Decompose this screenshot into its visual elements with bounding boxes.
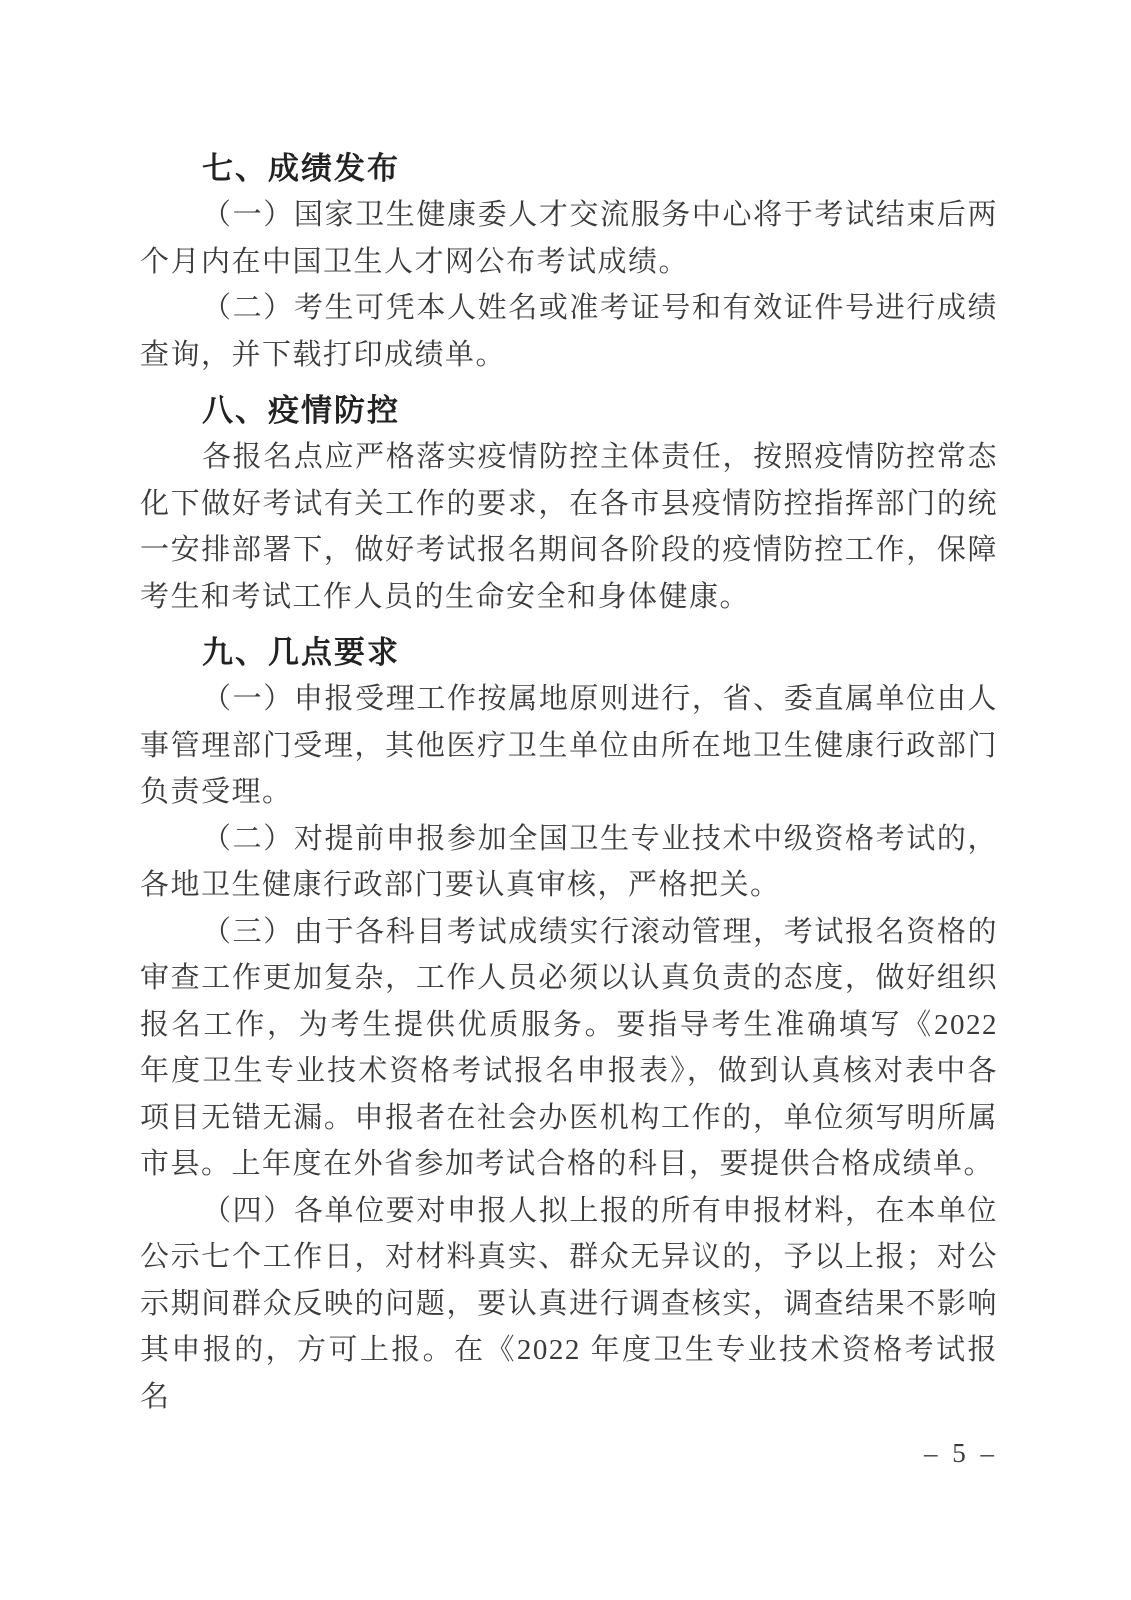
section-heading: 八、疫情防控 <box>140 388 998 434</box>
paragraph: （二）考生可凭本人姓名或准考证号和有效证件号进行成绩查询，并下载打印成绩单。 <box>140 285 998 378</box>
document-page: 七、成绩发布（一）国家卫生健康委人才交流服务中心将于考试结束后两个月内在中国卫生… <box>0 0 1131 1600</box>
document-section: 八、疫情防控各报名点应严格落实疫情防控主体责任，按照疫情防控常态化下做好考试有关… <box>140 388 998 620</box>
page-number: – 5 – <box>924 1438 998 1469</box>
section-heading: 七、成绩发布 <box>140 146 998 192</box>
paragraph: （一）国家卫生健康委人才交流服务中心将于考试结束后两个月内在中国卫生人才网公布考… <box>140 192 998 285</box>
paragraph: 各报名点应严格落实疫情防控主体责任，按照疫情防控常态化下做好考试有关工作的要求，… <box>140 434 998 620</box>
document-section: 七、成绩发布（一）国家卫生健康委人才交流服务中心将于考试结束后两个月内在中国卫生… <box>140 146 998 378</box>
paragraph: （四）各单位要对申报人拟上报的所有申报材料，在本单位公示七个工作日，对材料真实、… <box>140 1188 998 1421</box>
section-heading: 九、几点要求 <box>140 630 998 676</box>
paragraph: （一）申报受理工作按属地原则进行，省、委直属单位由人事管理部门受理，其他医疗卫生… <box>140 676 998 816</box>
paragraph: （三）由于各科目考试成绩实行滚动管理，考试报名资格的审查工作更加复杂，工作人员必… <box>140 909 998 1188</box>
paragraph: （二）对提前申报参加全国卫生专业技术中级资格考试的，各地卫生健康行政部门要认真审… <box>140 816 998 909</box>
document-body: 七、成绩发布（一）国家卫生健康委人才交流服务中心将于考试结束后两个月内在中国卫生… <box>140 146 998 1420</box>
document-section: 九、几点要求（一）申报受理工作按属地原则进行，省、委直属单位由人事管理部门受理，… <box>140 630 998 1420</box>
